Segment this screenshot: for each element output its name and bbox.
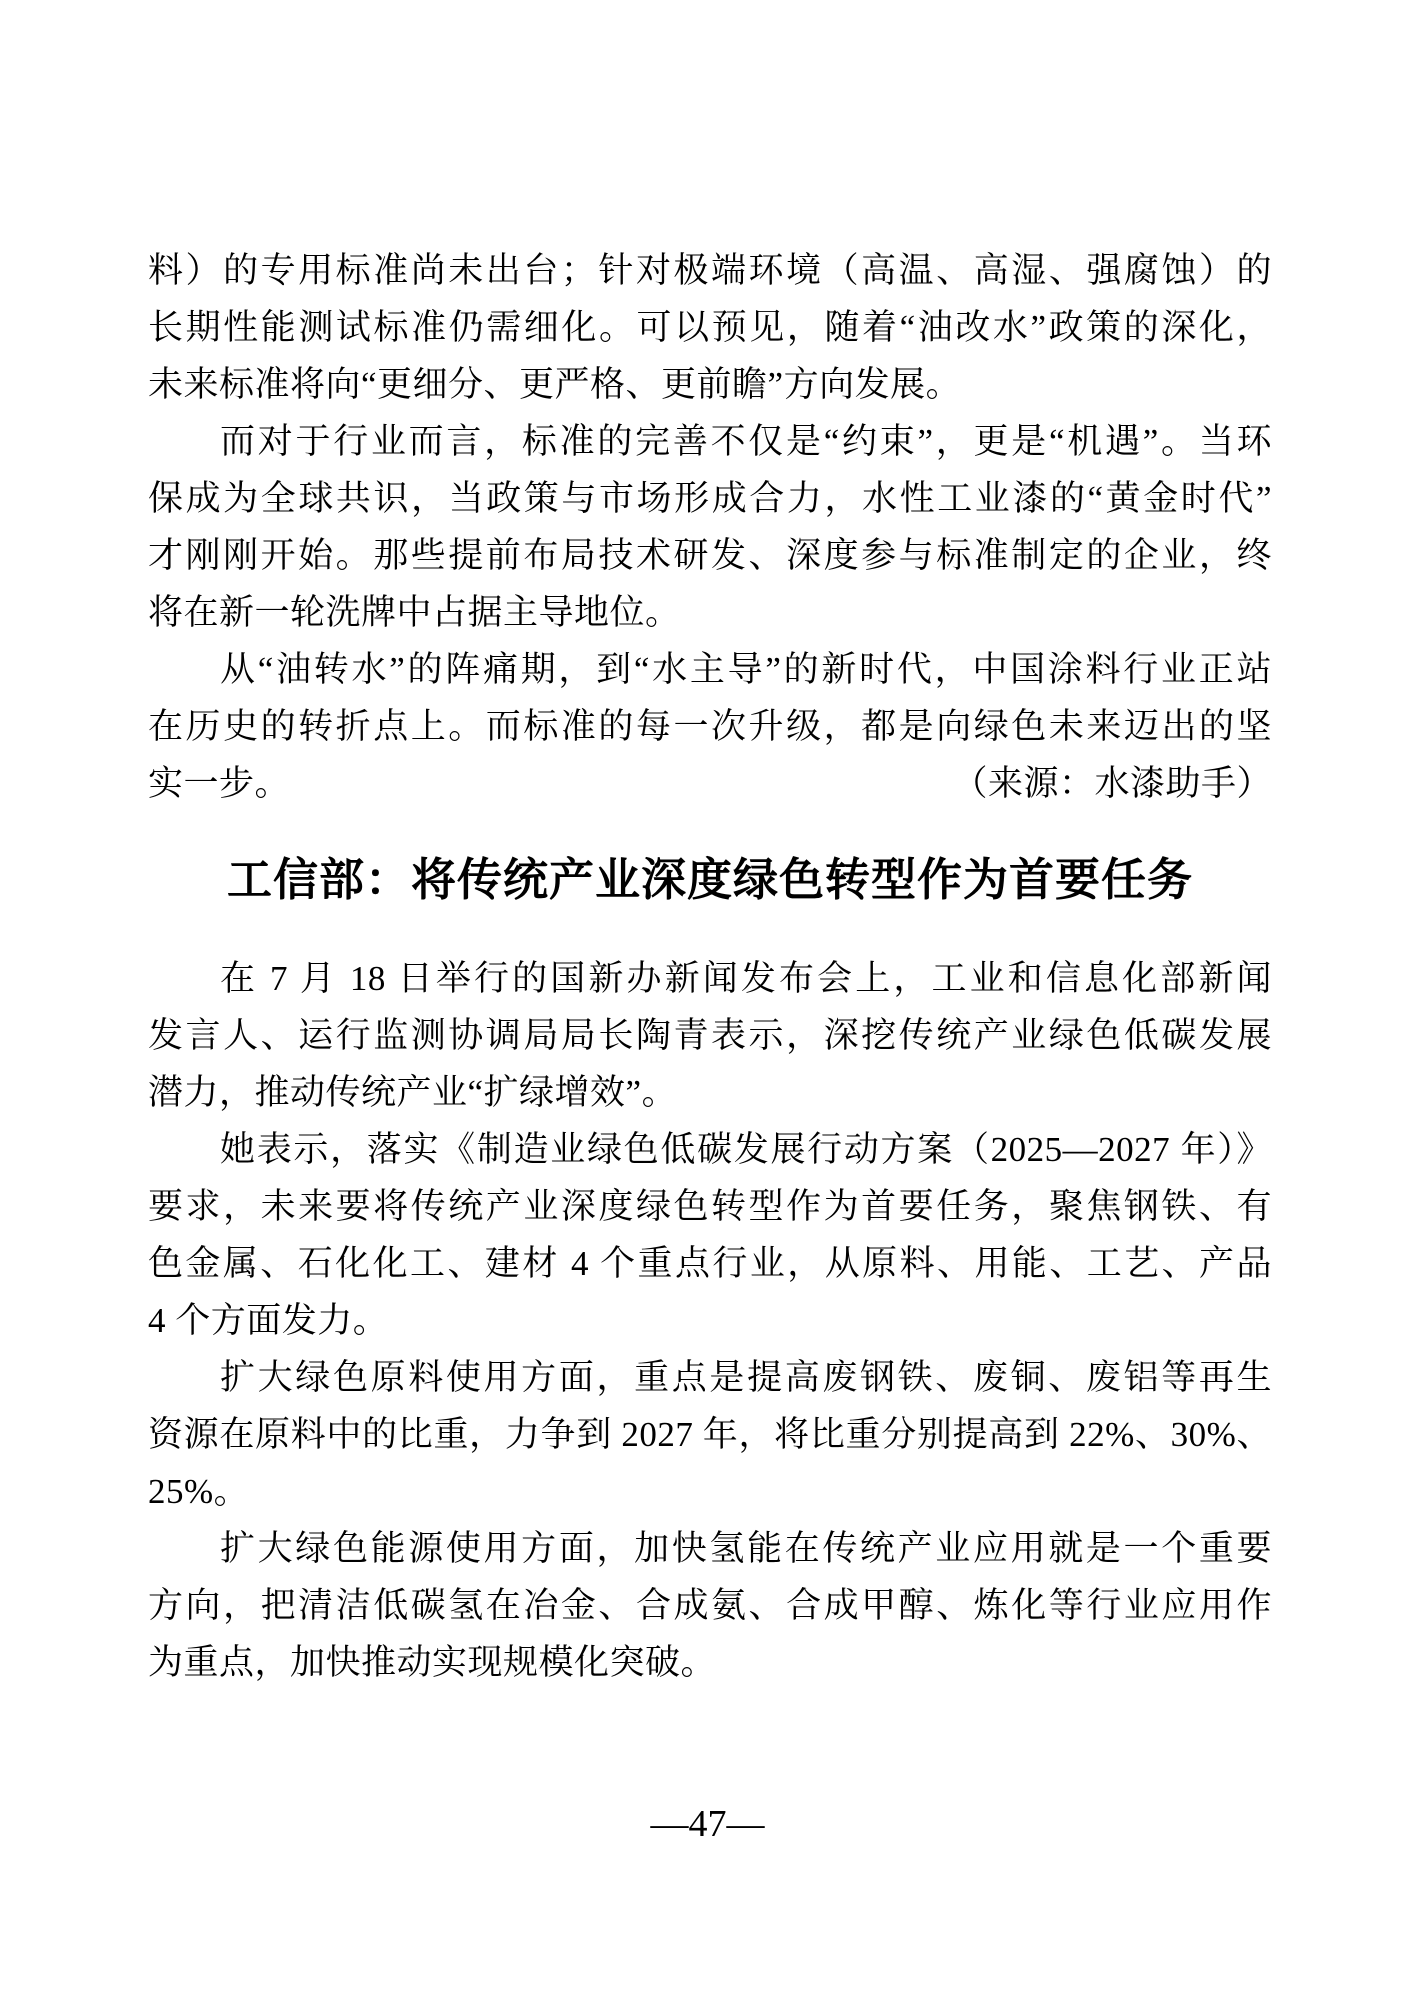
text-line: 将在新一轮洗牌中占据主导地位。 bbox=[148, 584, 1272, 641]
text-line: 为重点，加快推动实现规模化突破。 bbox=[148, 1634, 1272, 1691]
text-line: 色金属、石化化工、建材 4 个重点行业，从原料、用能、工艺、产品 bbox=[148, 1235, 1272, 1292]
text-line: 在 7 月 18 日举行的国新办新闻发布会上，工业和信息化部新闻 bbox=[148, 950, 1272, 1007]
text-line: 潜力，推动传统产业“扩绿增效”。 bbox=[148, 1064, 1272, 1121]
text-line: 料）的专用标准尚未出台；针对极端环境（高温、高湿、强腐蚀）的 bbox=[148, 242, 1272, 299]
text-line: 长期性能测试标准仍需细化。可以预见，随着“油改水”政策的深化， bbox=[148, 299, 1272, 356]
text-line: 4 个方面发力。 bbox=[148, 1292, 1272, 1349]
text-line: 在历史的转折点上。而标准的每一次升级，都是向绿色未来迈出的坚 bbox=[148, 698, 1272, 755]
text-line: 25%。 bbox=[148, 1463, 1272, 1520]
text-line: 实一步。 （来源：水漆助手） bbox=[148, 755, 1272, 812]
text-line: 发言人、运行监测协调局局长陶青表示，深挖传统产业绿色低碳发展 bbox=[148, 1007, 1272, 1064]
page-content: 料）的专用标准尚未出台；针对极端环境（高温、高湿、强腐蚀）的 长期性能测试标准仍… bbox=[148, 242, 1272, 1691]
text-line: 方向，把清洁低碳氢在冶金、合成氨、合成甲醇、炼化等行业应用作 bbox=[148, 1577, 1272, 1634]
text-line: 她表示，落实《制造业绿色低碳发展行动方案（2025—2027 年）》 bbox=[148, 1121, 1272, 1178]
text-line: 从“油转水”的阵痛期，到“水主导”的新时代，中国涂料行业正站 bbox=[148, 641, 1272, 698]
text-line: 未来标准将向“更细分、更严格、更前瞻”方向发展。 bbox=[148, 356, 1272, 413]
text-line: 扩大绿色能源使用方面，加快氢能在传统产业应用就是一个重要 bbox=[148, 1520, 1272, 1577]
text-line: 而对于行业而言，标准的完善不仅是“约束”，更是“机遇”。当环 bbox=[148, 413, 1272, 470]
closing-text: 实一步。 bbox=[148, 755, 290, 812]
text-line: 扩大绿色原料使用方面，重点是提高废钢铁、废铜、废铝等再生 bbox=[148, 1349, 1272, 1406]
previous-article-section: 料）的专用标准尚未出台；针对极端环境（高温、高湿、强腐蚀）的 长期性能测试标准仍… bbox=[148, 242, 1272, 812]
text-line: 资源在原料中的比重，力争到 2027 年，将比重分别提高到 22%、30%、 bbox=[148, 1406, 1272, 1463]
text-line: 保成为全球共识，当政策与市场形成合力，水性工业漆的“黄金时代” bbox=[148, 470, 1272, 527]
page-number: —47— bbox=[0, 1802, 1415, 1846]
article-title: 工信部：将传统产业深度绿色转型作为首要任务 bbox=[148, 848, 1272, 912]
text-line: 才刚刚开始。那些提前布局技术研发、深度参与标准制定的企业，终 bbox=[148, 527, 1272, 584]
text-line: 要求，未来要将传统产业深度绿色转型作为首要任务，聚焦钢铁、有 bbox=[148, 1178, 1272, 1235]
source-attribution: （来源：水漆助手） bbox=[952, 755, 1272, 812]
document-page: 料）的专用标准尚未出台；针对极端环境（高温、高湿、强腐蚀）的 长期性能测试标准仍… bbox=[0, 0, 1415, 2000]
article-section: 在 7 月 18 日举行的国新办新闻发布会上，工业和信息化部新闻 发言人、运行监… bbox=[148, 950, 1272, 1691]
